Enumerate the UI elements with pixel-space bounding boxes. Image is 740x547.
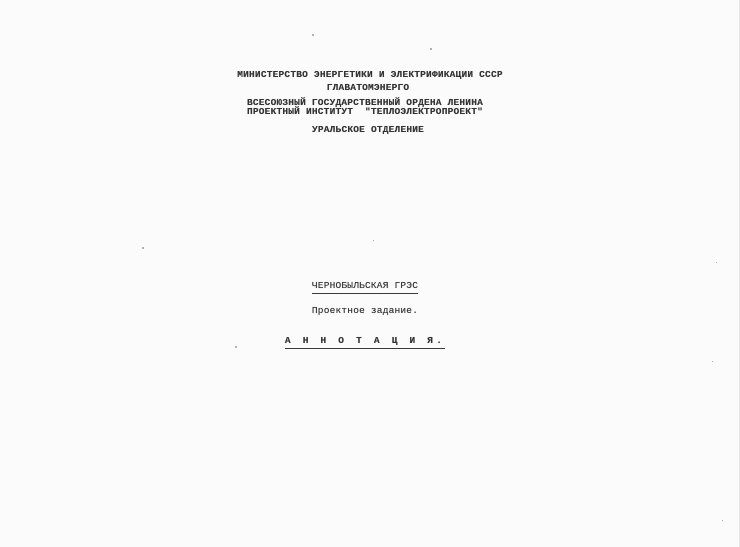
scanned-title-page: МИНИСТЕРСТВО ЭНЕРГЕТИКИ И ЭЛЕКТРИФИКАЦИИ… (0, 0, 740, 547)
document-type: Проектное задание. (0, 306, 735, 316)
ministry-name: МИНИСТЕРСТВО ЭНЕРГЕТИКИ И ЭЛЕКТРИФИКАЦИИ… (0, 70, 740, 80)
scan-speck (142, 247, 144, 249)
scan-speck (716, 262, 717, 263)
scan-speck (312, 34, 314, 36)
scan-speck (235, 346, 237, 348)
scan-speck (722, 520, 723, 521)
scan-speck (430, 48, 432, 50)
scan-speck (712, 361, 713, 362)
scan-speck (373, 240, 374, 241)
institute-name-line-2: ПРОЕКТНЫЙ ИНСТИТУТ "ТЕПЛОЭЛЕКТРОПРОЕКТ" (0, 107, 735, 117)
directorate-name: ГЛАВАТОМЭНЕРГО (0, 83, 738, 93)
section-heading-text: А Н Н О Т А Ц И Я. (285, 335, 445, 349)
section-heading: А Н Н О Т А Ц И Я. (0, 336, 735, 346)
station-title: ЧЕРНОБЫЛЬСКАЯ ГРЭС (0, 281, 735, 291)
station-title-text: ЧЕРНОБЫЛЬСКАЯ ГРЭС (312, 280, 418, 294)
branch-name: УРАЛЬСКОЕ ОТДЕЛЕНИЕ (0, 125, 738, 135)
